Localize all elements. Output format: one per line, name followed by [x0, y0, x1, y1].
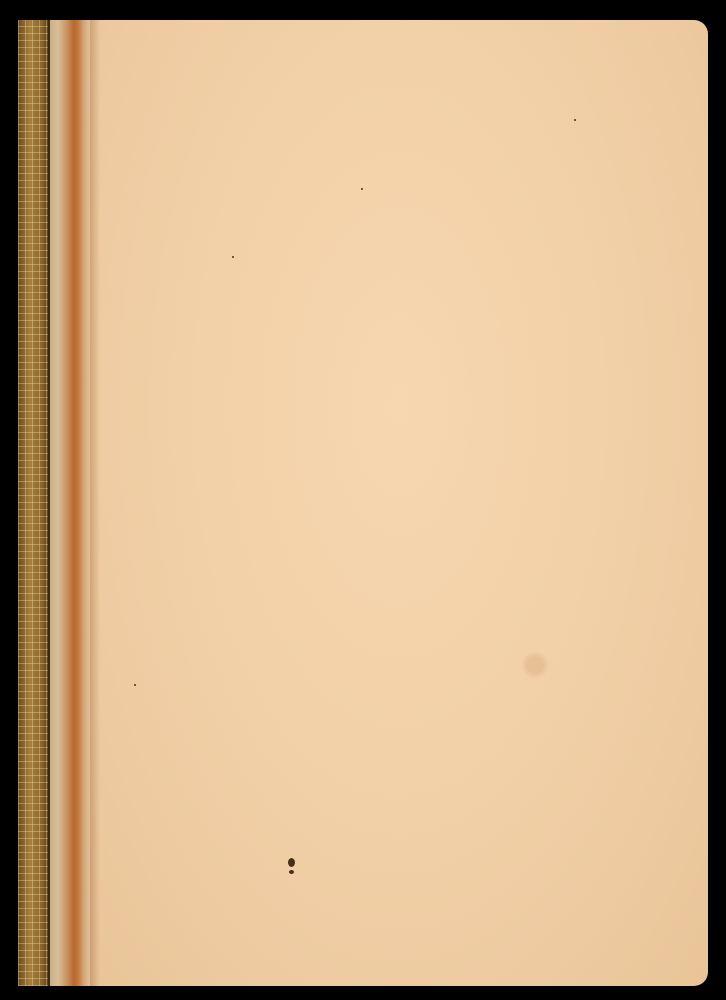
ink-spot	[289, 870, 294, 874]
page-hinge-stain	[50, 20, 90, 986]
page-edge-shadow	[90, 20, 100, 986]
speck	[232, 256, 234, 258]
speck	[574, 119, 576, 121]
ink-spot	[288, 858, 295, 867]
speck	[134, 684, 136, 686]
book-spine	[18, 20, 48, 986]
blank-page	[90, 20, 708, 986]
book	[18, 20, 708, 986]
speck	[361, 188, 363, 190]
